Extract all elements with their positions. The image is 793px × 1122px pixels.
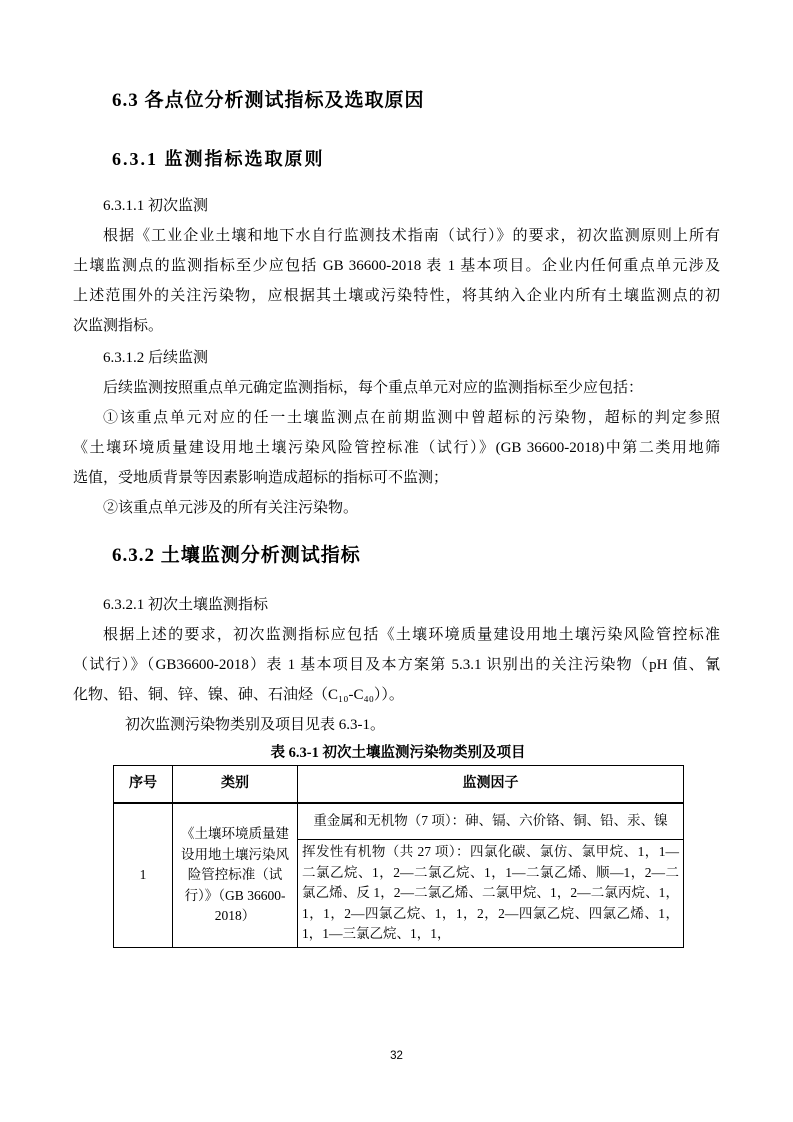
cell-heavy-metals: 重金属和无机物（7 项）：砷、镉、六价铬、铜、铅、汞、镍 — [298, 803, 684, 840]
text-line: 根据《工业企业土壤和地下水自行监测技术指南（试行）》的要求，初次监测原则上所有 — [73, 221, 720, 251]
heading-6-3-1-1: 6.3.1.1 初次监测 — [73, 191, 720, 221]
page-content: 6.3 各点位分析测试指标及选取原因 6.3.1 监测指标选取原则 6.3.1.… — [73, 0, 720, 948]
col-header-factors: 监测因子 — [298, 766, 684, 804]
text-line: 土壤监测点的监测指标至少应包括 GB 36600-2018 表 1 基本项目。企… — [73, 251, 720, 281]
text-line: 后续监测按照重点单元确定监测指标，每个重点单元对应的监测指标至少应包括： — [73, 373, 720, 403]
text-line: 《土壤环境质量建设用地土壤污染风险管控标准（试行）》(GB 36600-2018… — [73, 433, 720, 463]
text-line: 次监测指标。 — [73, 311, 720, 341]
cell-category: 《土壤环境质量建设用地土壤污染风险管控标准（试行）》（GB 36600-2018… — [173, 803, 298, 947]
document-page: 6.3 各点位分析测试指标及选取原因 6.3.1 监测指标选取原则 6.3.1.… — [0, 0, 793, 1122]
paragraph-followup-intro: 后续监测按照重点单元确定监测指标，每个重点单元对应的监测指标至少应包括： — [73, 373, 720, 403]
paragraph-initial-soil-indicators: 根据上述的要求，初次监测指标应包括《土壤环境质量建设用地土壤污染风险管控标准 （… — [73, 620, 720, 710]
heading-6-3-1: 6.3.1 监测指标选取原则 — [112, 146, 720, 172]
col-header-category: 类别 — [173, 766, 298, 804]
table-title: 表 6.3-1 初次土壤监测污染物类别及项目 — [113, 743, 683, 763]
paragraph-item-1: ①该重点单元对应的任一土壤监测点在前期监测中曾超标的污染物，超标的判定参照 《土… — [73, 403, 720, 493]
text-line: 根据上述的要求，初次监测指标应包括《土壤环境质量建设用地土壤污染风险管控标准 — [73, 620, 720, 650]
text-line: 化物、铅、铜、锌、镍、砷、石油烃（C₁₀-C₄₀））。 — [73, 680, 720, 710]
cell-voc: 挥发性有机物（共 27 项）：四氯化碳、氯仿、氯甲烷、1，1—二氯乙烷、1，2—… — [298, 840, 684, 948]
col-header-no: 序号 — [114, 766, 173, 804]
text-line: （试行）》（GB36600-2018）表 1 基本项目及本方案第 5.3.1 识… — [73, 650, 720, 680]
paragraph-initial-monitoring: 根据《工业企业土壤和地下水自行监测技术指南（试行）》的要求，初次监测原则上所有 … — [73, 221, 720, 341]
text-line: 初次监测污染物类别及项目见表 6.3-1。 — [73, 710, 720, 740]
text-line: 上述范围外的关注污染物，应根据其土壤或污染特性，将其纳入企业内所有土壤监测点的初 — [73, 281, 720, 311]
heading-6-3-2: 6.3.2 土壤监测分析测试指标 — [112, 543, 720, 569]
heading-6-3-1-2: 6.3.1.2 后续监测 — [73, 343, 720, 373]
text-line: 选值，受地质背景等因素影响造成超标的指标可不监测； — [73, 463, 720, 493]
text-line: ②该重点单元涉及的所有关注污染物。 — [73, 493, 720, 523]
cell-row-number: 1 — [114, 803, 173, 947]
heading-6-3: 6.3 各点位分析测试指标及选取原因 — [112, 88, 720, 114]
pollutant-table: 序号 类别 监测因子 1 《土壤环境质量建设用地土壤污染风险管控标准（试行）》（… — [113, 765, 684, 948]
table-row: 1 《土壤环境质量建设用地土壤污染风险管控标准（试行）》（GB 36600-20… — [114, 803, 684, 840]
page-number: 32 — [0, 1050, 793, 1062]
text-line: ①该重点单元对应的任一土壤监测点在前期监测中曾超标的污染物，超标的判定参照 — [73, 403, 720, 433]
heading-6-3-2-1: 6.3.2.1 初次土壤监测指标 — [73, 590, 720, 620]
paragraph-table-reference: 初次监测污染物类别及项目见表 6.3-1。 — [73, 710, 720, 740]
paragraph-item-2: ②该重点单元涉及的所有关注污染物。 — [73, 493, 720, 523]
table-header-row: 序号 类别 监测因子 — [114, 766, 684, 804]
